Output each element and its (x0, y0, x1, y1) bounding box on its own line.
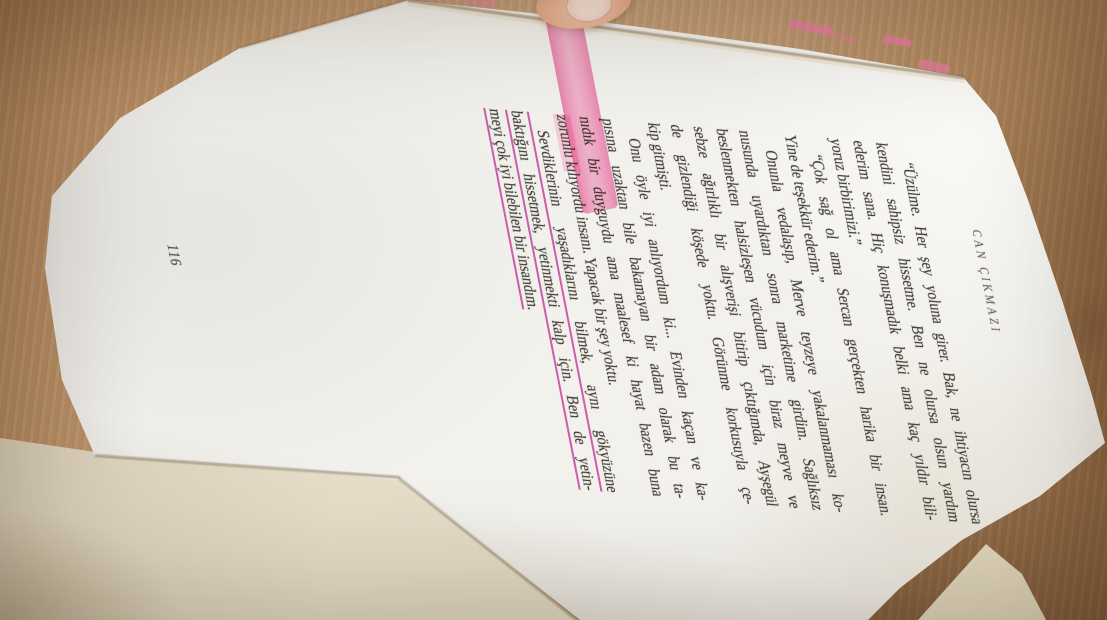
highlight-smudge (466, 0, 497, 8)
body-text: “Üzülme. Her şey yoluna girer. Bak, ne i… (476, 78, 989, 531)
highlight-smudge (830, 31, 857, 43)
book-photo-scene: CAN ÇIKMAZI “Üzülme. Her şey yoluna gire… (0, 0, 1107, 620)
highlight-smudge (882, 34, 913, 47)
highlight-smudge (788, 19, 835, 36)
